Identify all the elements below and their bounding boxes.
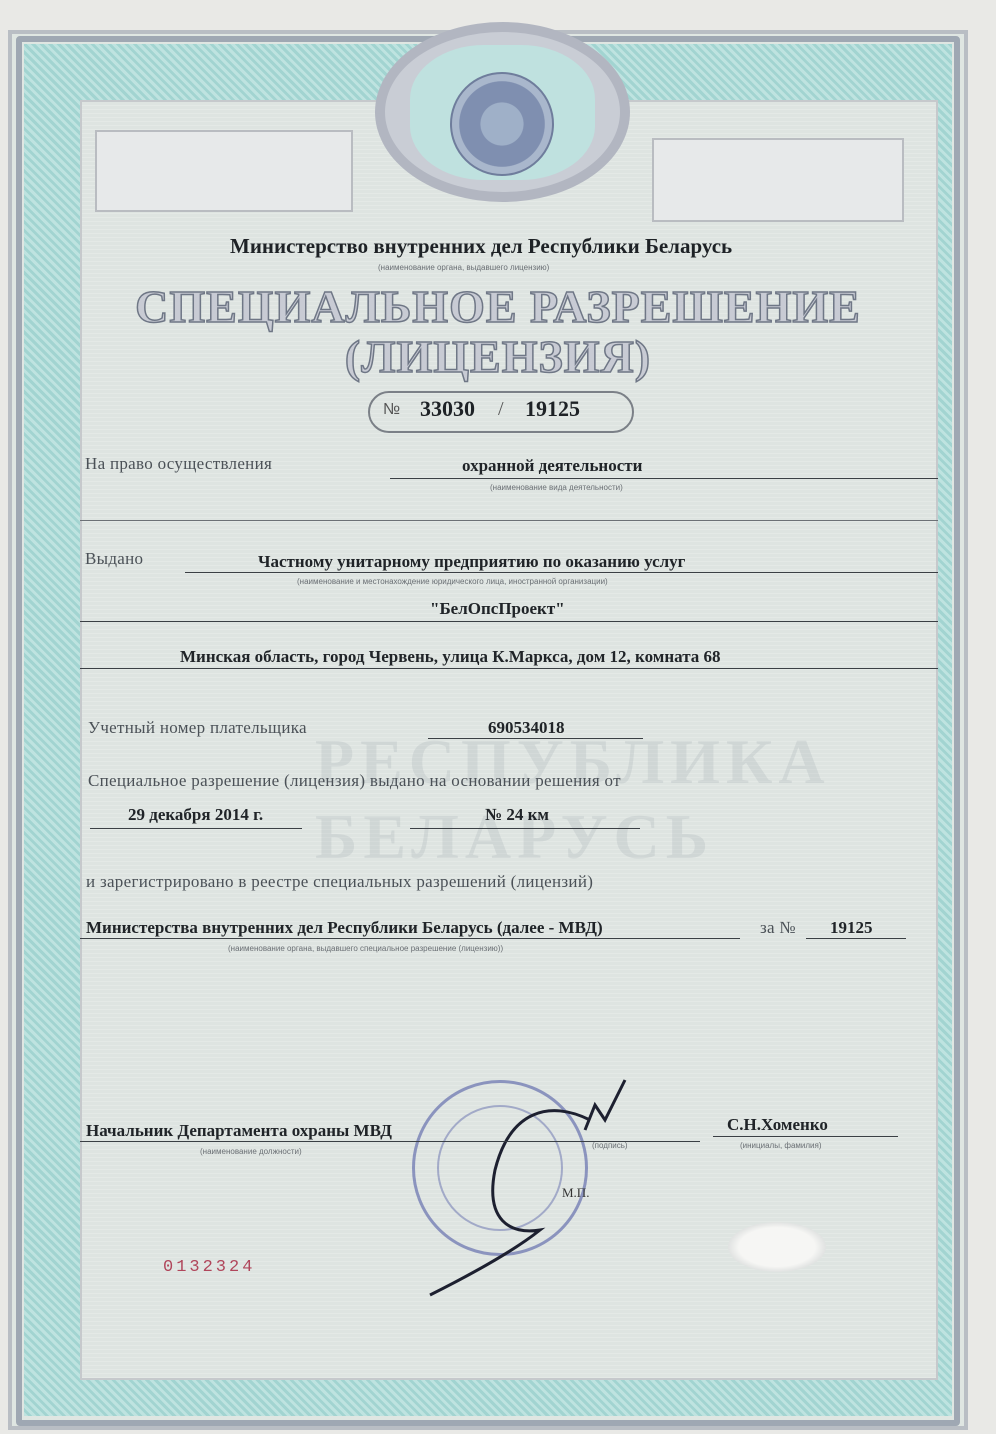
number-sign: № <box>383 401 400 419</box>
decision-number: № 24 км <box>485 805 549 825</box>
belarus-coat-of-arms-icon <box>450 72 554 176</box>
issued-to-line1: Частному унитарному предприятию по оказа… <box>258 552 685 572</box>
registry-org-caption: (наименование органа, выдавшего специаль… <box>228 944 503 953</box>
signer-name: С.Н.Хоменко <box>727 1115 828 1135</box>
seal-place-mark: М.П. <box>562 1185 589 1201</box>
license-number: 33030 <box>420 396 475 422</box>
blank-field-right <box>652 138 904 222</box>
issued-label: Выдано <box>85 549 143 569</box>
taxpayer-label: Учетный номер плательщика <box>88 718 307 738</box>
registry-organization: Министерства внутренних дел Республики Б… <box>86 918 603 938</box>
number-separator: / <box>498 398 504 421</box>
signer-caption: (инициалы, фамилия) <box>740 1141 822 1150</box>
issued-to-company: "БелОпсПроект" <box>430 599 565 619</box>
signature <box>400 1060 660 1300</box>
registry-number-label: за № <box>760 918 796 938</box>
issuer-caption: (наименование органа, выдавшего лицензию… <box>378 263 549 272</box>
issuer-name: Министерство внутренних дел Республики Б… <box>230 234 732 259</box>
serial-number: 0132324 <box>163 1258 255 1277</box>
taxpayer-number: 690534018 <box>488 718 565 738</box>
decision-date: 29 декабря 2014 г. <box>128 805 263 825</box>
blank-field-left <box>95 130 353 212</box>
basis-text: Специальное разрешение (лицензия) выдано… <box>88 771 621 791</box>
license-registry-number: 19125 <box>525 396 580 422</box>
registry-number-value: 19125 <box>830 918 873 938</box>
activity-label: На право осуществления <box>85 454 272 474</box>
signer-position: Начальник Департамента охраны МВД <box>86 1121 392 1141</box>
hologram-sticker-icon <box>728 1222 826 1272</box>
position-caption: (наименование должности) <box>200 1147 302 1156</box>
company-address: Минская область, город Червень, улица К.… <box>180 647 721 667</box>
activity-caption: (наименование вида деятельности) <box>490 483 623 492</box>
registered-text: и зарегистрировано в реестре специальных… <box>86 872 593 892</box>
activity-value: охранной деятельности <box>462 456 642 476</box>
document-subtitle: (ЛИЦЕНЗИЯ) <box>0 330 996 383</box>
signature-caption: (подпись) <box>592 1141 628 1150</box>
document-title: СПЕЦИАЛЬНОЕ РАЗРЕШЕНИЕ <box>0 280 996 333</box>
issued-caption: (наименование и местонахождение юридичес… <box>297 577 608 586</box>
